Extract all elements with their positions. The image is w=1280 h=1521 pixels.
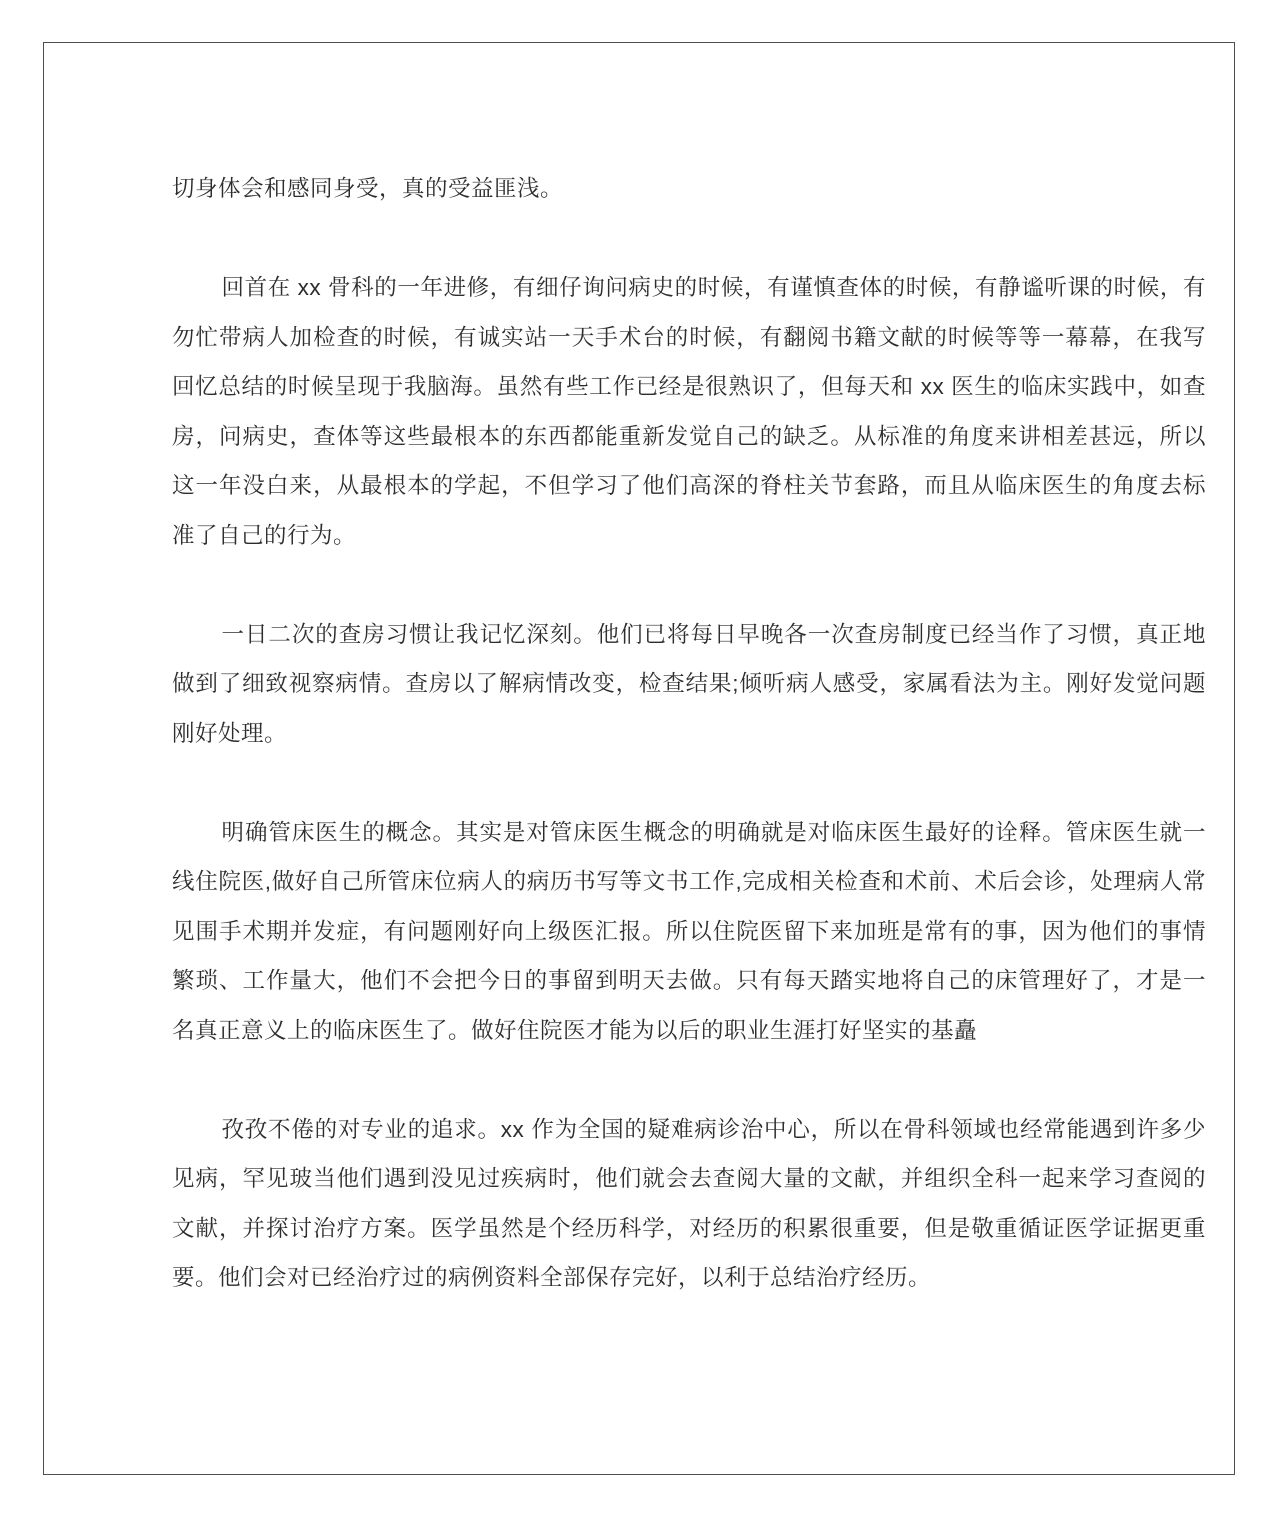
paragraph: 一日二次的查房习惯让我记忆深刻。他们已将每日早晚各一次查房制度已经当作了习惯，真… <box>172 610 1206 759</box>
document-page: 切身体会和感同身受，真的受益匪浅。 回首在 xx 骨科的一年进修，有细仔询问病史… <box>43 42 1235 1475</box>
paragraph: 回首在 xx 骨科的一年进修，有细仔询问病史的时候，有谨慎查体的时候，有静谧听课… <box>172 263 1206 560</box>
paragraph: 明确管床医生的概念。其实是对管床医生概念的明确就是对临床医生最好的诠释。管床医生… <box>172 808 1206 1056</box>
document-text: 切身体会和感同身受，真的受益匪浅。 回首在 xx 骨科的一年进修，有细仔询问病史… <box>172 164 1206 1303</box>
paragraph: 切身体会和感同身受，真的受益匪浅。 <box>172 164 1206 214</box>
paragraph: 孜孜不倦的对专业的追求。xx 作为全国的疑难病诊治中心，所以在骨科领域也经常能遇… <box>172 1105 1206 1303</box>
